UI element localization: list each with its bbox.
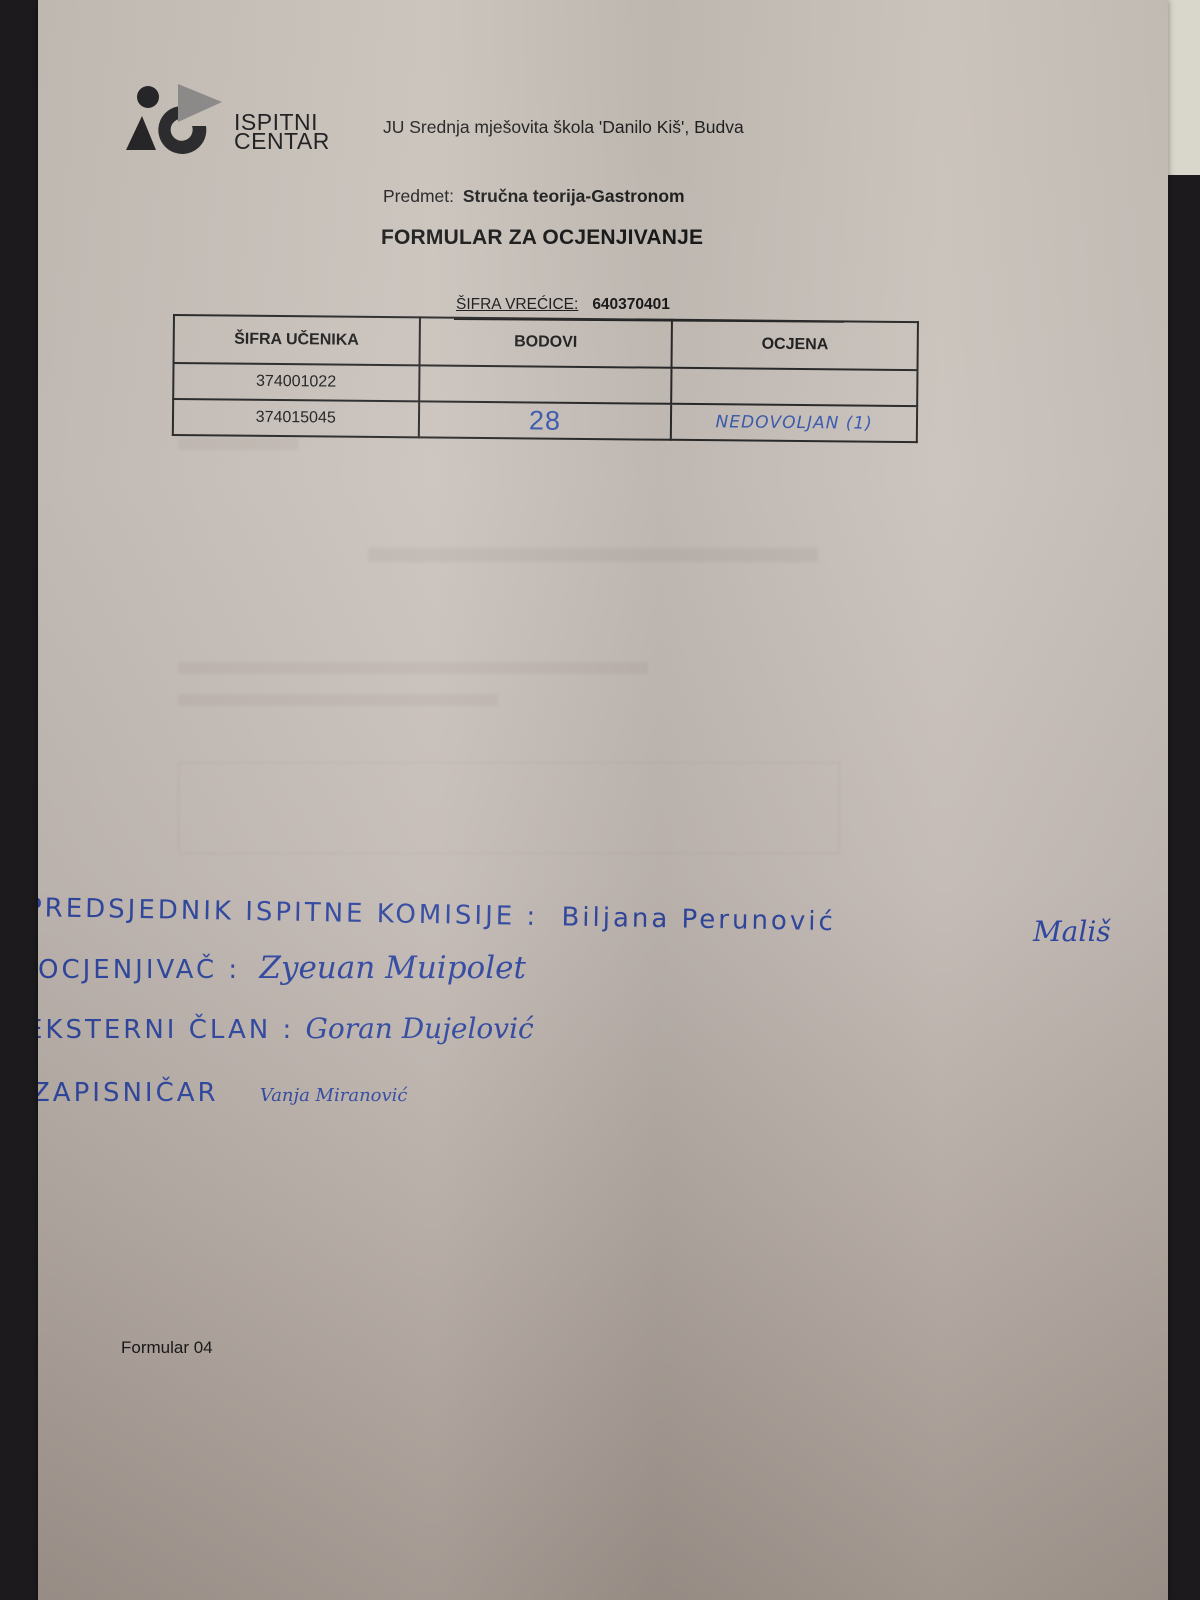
external-member-line: EKSTERNI ČLAN : Goran Dujelović <box>38 1012 534 1045</box>
external-signature: Goran Dujelović <box>306 1012 534 1045</box>
evaluator-line: OCJENJIVAČ : Zyeuan Muipolet <box>38 950 526 986</box>
bag-code-label: ŠIFRA VREĆICE: <box>456 296 578 313</box>
column-header-grade: OCJENA <box>672 320 918 370</box>
bleed-through-text <box>178 662 648 674</box>
grade-cell <box>672 368 918 406</box>
points-cell: 28 <box>418 401 671 439</box>
bleed-through-text <box>178 694 498 706</box>
school-name: JU Srednja mješovita škola 'Danilo Kiš',… <box>383 117 744 138</box>
bleed-through-table <box>178 762 840 854</box>
evaluator-signature: Zyeuan Muipolet <box>259 950 526 986</box>
grade-cell: NEDOVOLJAN (1) <box>671 404 917 442</box>
column-header-points: BODOVI <box>419 317 672 367</box>
evaluator-label: OCJENJIVAČ : <box>38 955 240 985</box>
logo-line-2: CENTAR <box>234 132 330 151</box>
subject-label: Predmet: <box>383 186 454 206</box>
background-surface <box>1168 0 1200 175</box>
column-header-student-code: ŠIFRA UČENIKA <box>174 315 420 365</box>
document-page: ISPITNI CENTAR JU Srednja mješovita škol… <box>38 0 1168 1600</box>
recorder-line: ZAPISNIČAR Vanja Miranović <box>38 1078 408 1108</box>
president-name: Biljana Perunović <box>561 902 836 937</box>
logo-wordmark: ISPITNI CENTAR <box>234 113 330 151</box>
president-label: PREDSJEDNIK ISPITNE KOMISIJE : <box>38 893 538 932</box>
external-label: EKSTERNI ČLAN : <box>38 1015 294 1045</box>
table-row: 374015045 28 NEDOVOLJAN (1) <box>173 399 917 442</box>
president-line: PREDSJEDNIK ISPITNE KOMISIJE : Biljana P… <box>38 893 836 937</box>
subject-line: Predmet: Stručna teorija-Gastronom <box>383 186 685 207</box>
points-cell <box>419 365 672 403</box>
student-code-cell: 374015045 <box>173 399 419 437</box>
student-code-cell: 374001022 <box>173 363 419 401</box>
president-signature: Mališ <box>1033 915 1111 948</box>
bag-code-value: 640370401 <box>592 296 670 313</box>
recorder-label: ZAPISNIČAR <box>38 1078 219 1108</box>
form-title: FORMULAR ZA OCJENJIVANJE <box>381 226 703 250</box>
bleed-through-text <box>368 548 818 562</box>
subject-value: Stručna teorija-Gastronom <box>463 186 685 206</box>
bag-code: ŠIFRA VREĆICE:640370401 <box>456 296 670 316</box>
recorder-signature: Vanja Miranović <box>260 1085 408 1106</box>
form-id: Formular 04 <box>121 1338 213 1358</box>
grading-table: ŠIFRA UČENIKA BODOVI OCJENA 374001022 37… <box>172 314 919 443</box>
table-header-row: ŠIFRA UČENIKA BODOVI OCJENA <box>174 315 918 370</box>
bleed-through-text <box>178 438 298 450</box>
